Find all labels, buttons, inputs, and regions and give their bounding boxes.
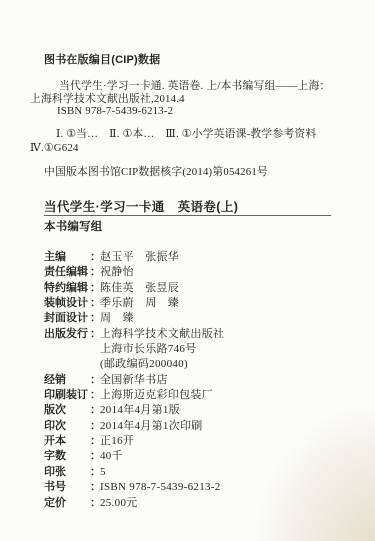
credit-row: 主编：赵玉平 张振华: [44, 250, 224, 265]
cip-class-line: Ⅳ.①G624: [30, 142, 316, 156]
credit-row: 特约编辑：陈佳英 张昱辰: [44, 281, 224, 296]
credit-row: 出版发行：上海科学技术文献出版社: [44, 327, 224, 342]
credit-row: 书号：ISBN 978-7-5439-6213-2: [44, 480, 224, 495]
credit-row: 开本：正16开: [44, 434, 224, 449]
cip-class-line: Ⅰ. ①当… Ⅱ. ①本… Ⅲ. ①小学英语课-教学参考资料: [56, 128, 316, 142]
credit-colon: ：: [90, 434, 100, 449]
credit-value: 上海科学技术文献出版社: [100, 328, 224, 340]
credit-label: 出版发行: [44, 327, 90, 342]
credit-label: 印次: [44, 419, 90, 434]
credit-label: 主编: [44, 250, 90, 265]
credit-value: 2014年4月第1版: [100, 404, 180, 416]
credit-value: 全国新华书店: [100, 374, 168, 386]
cip-entry-line: ISBN 978-7-5439-6213-2: [57, 105, 331, 118]
credit-value: 5: [100, 466, 106, 478]
credit-label: 印刷装订: [44, 388, 90, 403]
credit-row: 印次：2014年4月第1次印刷: [44, 419, 224, 434]
book-title: 当代学生·学习一卡通 英语卷(上): [44, 200, 238, 214]
title-underline-rule: [44, 215, 331, 216]
credit-value: 正16开: [100, 435, 134, 447]
scan-corner-shadow: [260, 411, 375, 541]
credit-value: 2014年4月第1次印刷: [100, 420, 203, 432]
credit-row: 经销：全国新华书店: [44, 373, 224, 388]
cip-record-number: 中国版本图书馆CIP数据核字(2014)第054261号: [44, 166, 268, 179]
author-group: 本书编写组: [44, 221, 103, 234]
credit-colon: ：: [90, 403, 100, 418]
cip-header: 图书在版编目(CIP)数据: [44, 54, 160, 66]
credit-value: 陈佳英 张昱辰: [100, 282, 179, 294]
credit-colon: ：: [90, 388, 100, 403]
credit-label: 书号: [44, 480, 90, 495]
credit-row: 字数：40千: [44, 449, 224, 464]
credit-value: 季乐蔚 周 臻: [100, 297, 179, 309]
credit-label: 责任编辑: [44, 265, 90, 280]
colophon-page: 图书在版编目(CIP)数据 当代学生·学习一卡通. 英语卷. 上/本书编写组——…: [0, 0, 375, 541]
credit-value: 40千: [100, 450, 123, 462]
credit-colon: ：: [90, 419, 100, 434]
credit-label: 开本: [44, 434, 90, 449]
credit-row: 印刷装订：上海斯迈克彩印包装厂: [44, 388, 224, 403]
credit-label: 装帧设计: [44, 296, 90, 311]
credit-colon: ：: [90, 265, 100, 280]
credit-label: 特约编辑: [44, 281, 90, 296]
cip-entry-line: 上海科学技术文献出版社,2014.4: [30, 93, 331, 106]
credit-colon: ：: [90, 296, 100, 311]
credit-label: 封面设计: [44, 311, 90, 326]
credit-row: 印张：5: [44, 465, 224, 480]
credit-colon: ：: [90, 311, 100, 326]
credit-value: (邮政编码200040): [100, 358, 188, 370]
credit-colon: ：: [90, 480, 100, 495]
credit-value: 上海斯迈克彩印包装厂: [100, 389, 213, 401]
credit-value: 周 臻: [100, 312, 134, 324]
cip-entry-paragraph: 当代学生·学习一卡通. 英语卷. 上/本书编写组——上海： 上海科学技术文献出版…: [30, 80, 331, 118]
credit-row: 定价：25.00元: [44, 496, 224, 511]
credit-row: 责任编辑：祝静怡: [44, 265, 224, 280]
credit-colon: ：: [90, 281, 100, 296]
credit-label: 定价: [44, 496, 90, 511]
credit-label: 字数: [44, 449, 90, 464]
credit-colon: ：: [90, 250, 100, 265]
credit-continuation-row: 上海市长乐路746号: [44, 342, 224, 357]
credit-value: ISBN 978-7-5439-6213-2: [100, 481, 221, 493]
credit-value: 赵玉平 张振华: [100, 251, 179, 263]
credit-value: 上海市长乐路746号: [100, 343, 197, 355]
credit-colon: ：: [90, 465, 100, 480]
credit-colon: ：: [90, 496, 100, 511]
cip-classification: Ⅰ. ①当… Ⅱ. ①本… Ⅲ. ①小学英语课-教学参考资料 Ⅳ.①G624: [30, 128, 316, 155]
credit-value: 祝静怡: [100, 266, 134, 278]
credit-label: 印张: [44, 465, 90, 480]
credit-row: 版次：2014年4月第1版: [44, 403, 224, 418]
credit-label: 经销: [44, 373, 90, 388]
credit-colon: ：: [90, 373, 100, 388]
credit-value: 25.00元: [100, 497, 138, 509]
credit-continuation-row: (邮政编码200040): [44, 357, 224, 372]
credit-row: 封面设计：周 臻: [44, 311, 224, 326]
credit-colon: ：: [90, 449, 100, 464]
cip-entry-line: 当代学生·学习一卡通. 英语卷. 上/本书编写组——上海：: [59, 80, 331, 93]
credit-colon: ：: [90, 327, 100, 342]
credit-label: 版次: [44, 403, 90, 418]
credit-row: 装帧设计：季乐蔚 周 臻: [44, 296, 224, 311]
credits-list: 主编：赵玉平 张振华责任编辑：祝静怡特约编辑：陈佳英 张昱辰装帧设计：季乐蔚 周…: [44, 250, 224, 511]
